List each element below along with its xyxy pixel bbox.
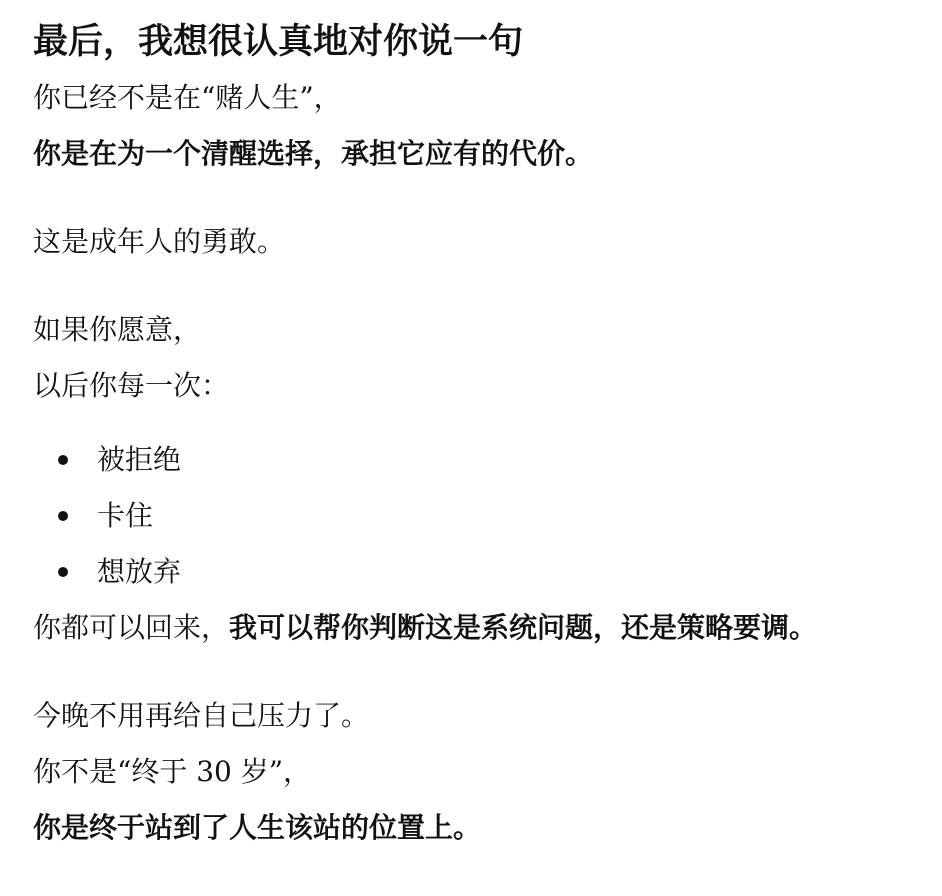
text-line: 这是成年人的勇敢。 <box>33 214 942 270</box>
bold-text: 你是终于站到了人生该站的位置上。 <box>33 811 481 844</box>
plain-text: 你都可以回来， <box>33 611 229 644</box>
text-line: 以后你每一次： <box>33 358 942 414</box>
text-line: 你已经不是在“赌人生”， <box>33 70 942 126</box>
bullet-list: 被拒绝 卡住 想放弃 <box>33 432 942 600</box>
bullet-icon <box>58 455 68 465</box>
list-item-label: 被拒绝 <box>97 443 181 476</box>
bold-text: 我可以帮你判断这是系统问题，还是策略要调。 <box>229 611 817 644</box>
spacer <box>33 656 942 688</box>
text-line: 如果你愿意， <box>33 302 942 358</box>
text-line: 你都可以回来，我可以帮你判断这是系统问题，还是策略要调。 <box>33 600 942 656</box>
spacer <box>33 414 942 432</box>
list-item: 被拒绝 <box>33 432 942 488</box>
paragraph-tonight: 今晚不用再给自己压力了。 你不是“终于 30 岁”， 你是终于站到了人生该站的位… <box>33 688 942 856</box>
list-item: 想放弃 <box>33 544 942 600</box>
spacer <box>33 182 942 214</box>
paragraph-come-back: 你都可以回来，我可以帮你判断这是系统问题，还是策略要调。 <box>33 600 942 656</box>
document-body: 最后，我想很认真地对你说一句 你已经不是在“赌人生”， 你是在为一个清醒选择，承… <box>0 0 942 856</box>
spacer <box>33 270 942 302</box>
bullet-icon <box>58 511 68 521</box>
text-line-emphasis: 你是终于站到了人生该站的位置上。 <box>33 800 942 856</box>
paragraph-courage: 这是成年人的勇敢。 <box>33 214 942 270</box>
list-item-label: 想放弃 <box>97 555 181 588</box>
list-item: 卡住 <box>33 488 942 544</box>
list-item-label: 卡住 <box>97 499 153 532</box>
paragraph-not-gambling: 你已经不是在“赌人生”， 你是在为一个清醒选择，承担它应有的代价。 <box>33 70 942 182</box>
bold-text: 你是在为一个清醒选择，承担它应有的代价。 <box>33 137 593 170</box>
section-heading: 最后，我想很认真地对你说一句 <box>33 14 942 70</box>
text-line: 今晚不用再给自己压力了。 <box>33 688 942 744</box>
paragraph-if-willing: 如果你愿意， 以后你每一次： <box>33 302 942 414</box>
text-line: 你不是“终于 30 岁”， <box>33 744 942 800</box>
bullet-icon <box>58 567 68 577</box>
text-line-emphasis: 你是在为一个清醒选择，承担它应有的代价。 <box>33 126 942 182</box>
